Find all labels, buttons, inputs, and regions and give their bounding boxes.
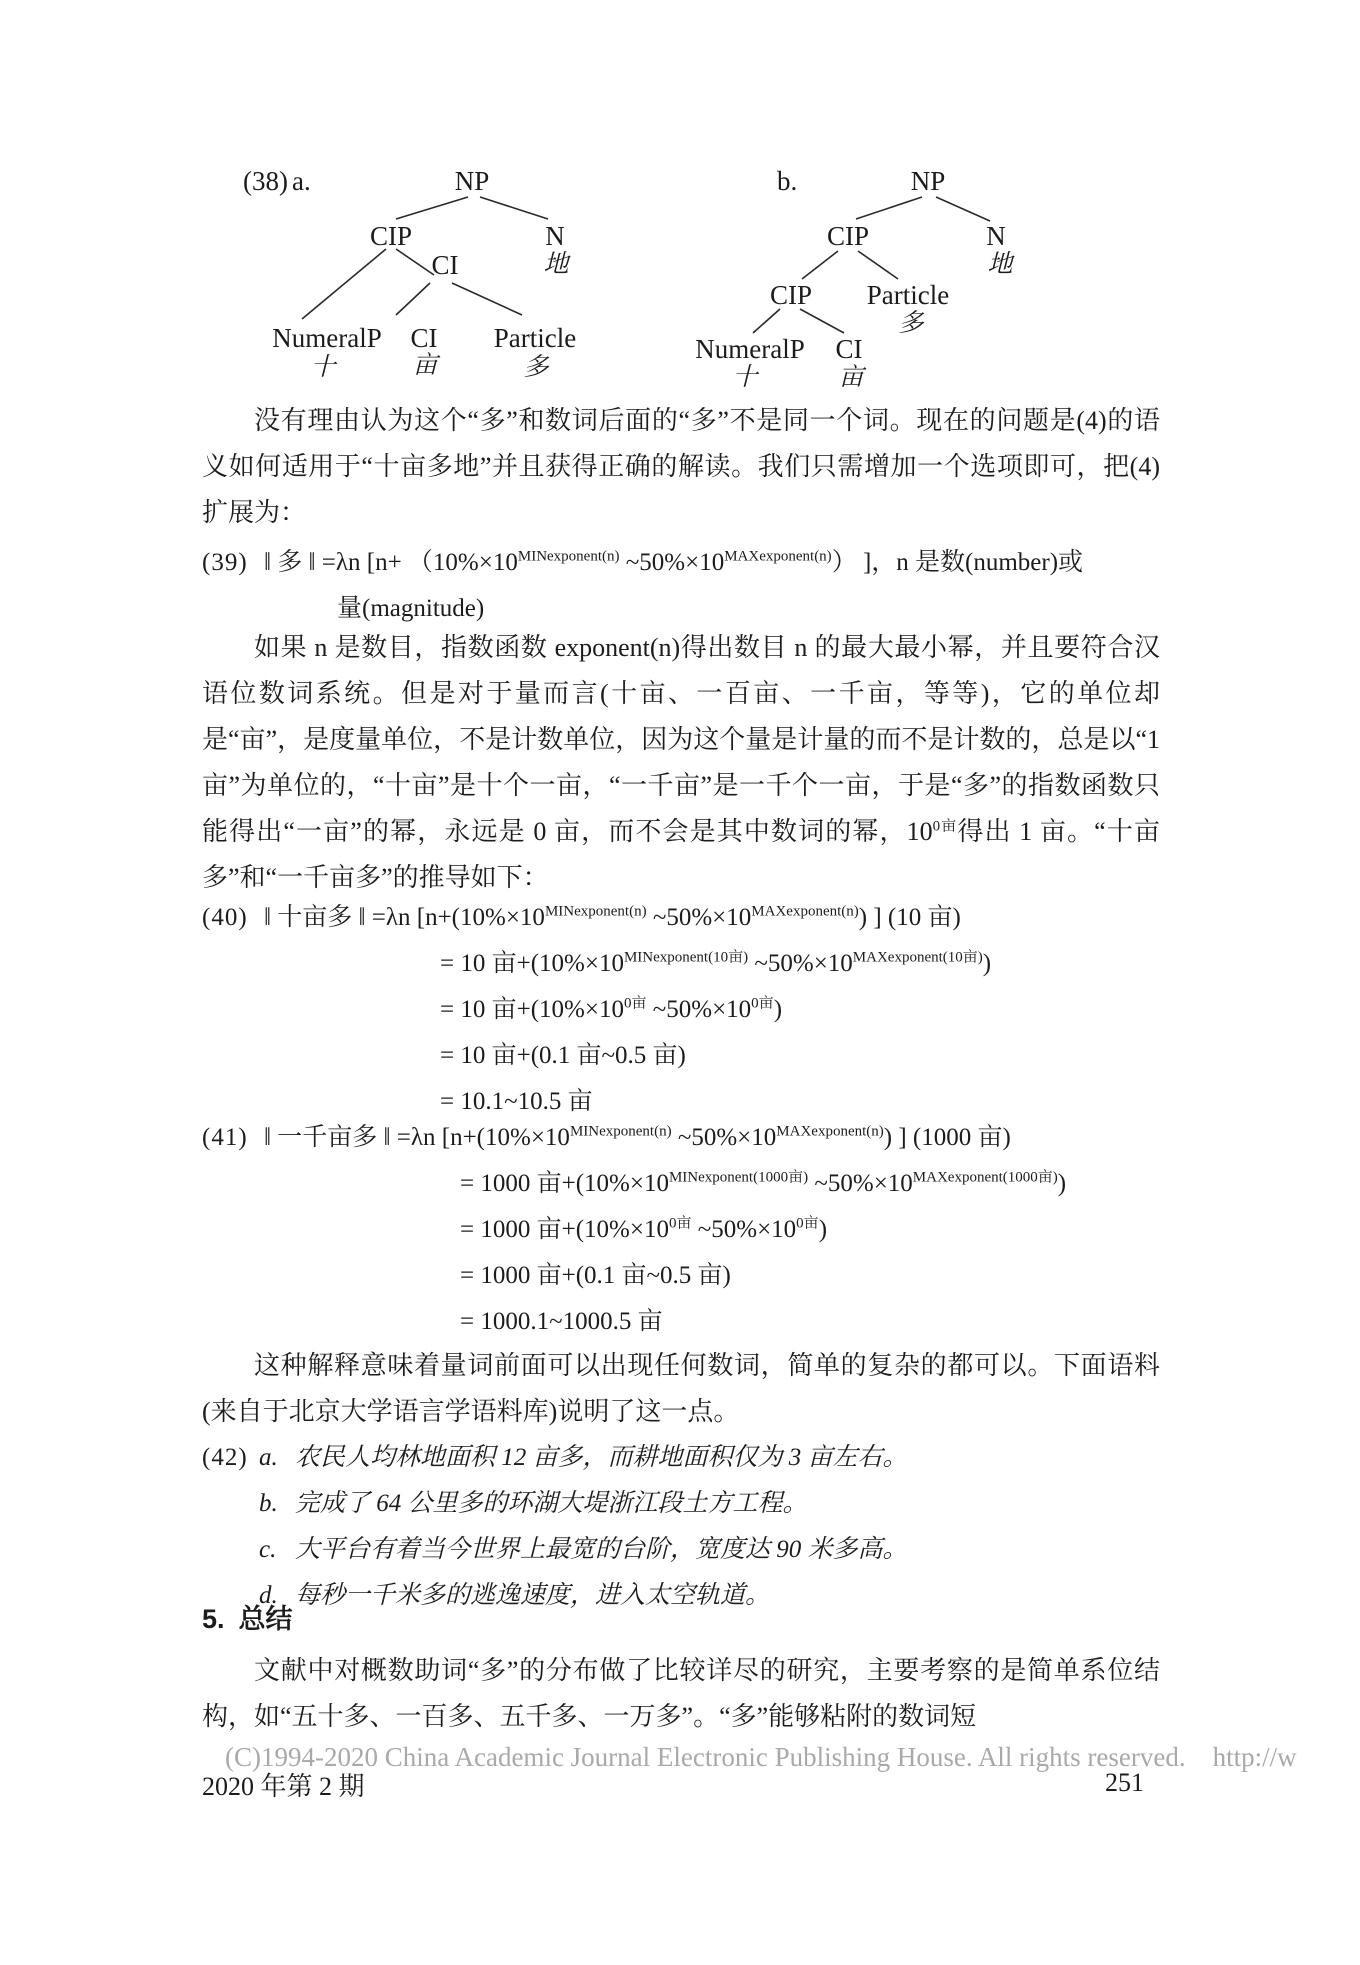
formula-41-step-3: = 1000 亩+(0.1 亩~0.5 亩) bbox=[202, 1253, 1252, 1299]
example-42a: (42)a.农民人均林地面积 12 亩多，而耕地面积仅为 3 亩左右。 bbox=[202, 1435, 1202, 1481]
example-42a-tag: a. bbox=[259, 1435, 295, 1481]
formula-40-step-2: = 10 亩+(10%×100亩 ~50%×100亩) bbox=[202, 987, 1252, 1033]
formula-40-step-3: = 10 亩+(0.1 亩~0.5 亩) bbox=[202, 1033, 1252, 1079]
tree-a-word-di: 地 bbox=[543, 252, 568, 277]
tree-a-branch-cibar-ci bbox=[396, 283, 430, 315]
tree-b-branch-np-n bbox=[936, 197, 990, 221]
paragraph-3: 这种解释意味着量词前面可以出现任何数词，简单的复杂的都可以。下面语料(来自于北京… bbox=[202, 1343, 1160, 1435]
formula-40-label: (40) bbox=[202, 895, 264, 941]
formula-41-head: ‖ 一千亩多 ‖ =λn [n+(10%×10MINexponent(n) ~5… bbox=[264, 1124, 1011, 1151]
tree-b-word-shi: 十 bbox=[732, 365, 757, 390]
example-42b: b.完成了 64 公里多的环湖大堤浙江段土方工程。 bbox=[202, 1481, 1202, 1527]
tree-a-word-duo: 多 bbox=[523, 355, 548, 380]
example-42b-tag: b. bbox=[259, 1481, 295, 1527]
tree-a-branch-cip-cibar bbox=[396, 249, 434, 275]
example-42-label: (42) bbox=[202, 1435, 259, 1481]
tree-b-branch-cip-cipinner bbox=[802, 251, 838, 279]
paragraph-4: 文献中对概数助词“多”的分布做了比较详尽的研究，主要考察的是简单系位结构，如“五… bbox=[202, 1648, 1160, 1740]
examples-42: (42)a.农民人均林地面积 12 亩多，而耕地面积仅为 3 亩左右。 b.完成… bbox=[202, 1435, 1202, 1619]
tree-b-branch-cipinner-numeralp bbox=[753, 309, 780, 333]
tree-a-node-np: NP bbox=[455, 168, 490, 195]
tree-a-node-ci: CI bbox=[411, 325, 438, 352]
section-5-number: 5. bbox=[202, 1604, 225, 1634]
tree-b-branch-cipinner-ci bbox=[800, 309, 844, 333]
tree-a-word-shi: 十 bbox=[310, 355, 335, 380]
tree-b-node-ci: CI bbox=[836, 336, 863, 363]
tree-b-branch-np-cip bbox=[856, 197, 922, 219]
tree-b-node-np: NP bbox=[911, 168, 946, 195]
formula-39: (39)‖ 多 ‖ =λn [n+ （10%×10MINexponent(n) … bbox=[202, 540, 1252, 632]
tree-b-word-duo: 多 bbox=[898, 311, 923, 336]
example-42d-text: 每秒一千米多的逃逸速度，进入太空轨道。 bbox=[295, 1582, 770, 1609]
example-42c-tag: c. bbox=[259, 1527, 295, 1573]
tree-a-node-n: N bbox=[545, 223, 565, 250]
formula-41-step-2: = 1000 亩+(10%×100亩 ~50%×100亩) bbox=[202, 1207, 1252, 1253]
tree-a-node-numeralp: NumeralP bbox=[272, 325, 381, 352]
example-42d: d.每秒一千米多的逃逸速度，进入太空轨道。 bbox=[202, 1573, 1202, 1619]
tree-a-label: a. bbox=[292, 168, 311, 195]
tree-b-branch-cip-particle bbox=[858, 251, 898, 279]
formula-41: (41)‖ 一千亩多 ‖ =λn [n+(10%×10MINexponent(n… bbox=[202, 1115, 1252, 1345]
syntax-tree-figure: (38) a. NP CIP N 地 CI NumeralP CI Partic… bbox=[200, 135, 1200, 397]
formula-41-step-4: = 1000.1~1000.5 亩 bbox=[202, 1299, 1252, 1345]
tree-b-word-mu: 亩 bbox=[838, 365, 863, 390]
tree-a-node-particle: Particle bbox=[494, 325, 576, 352]
page-number: 251 bbox=[1105, 1768, 1144, 1798]
tree-a-branch-cibar-particle bbox=[452, 283, 522, 315]
paragraph-2: 如果 n 是数目，指数函数 exponent(n)得出数目 n 的最大最小幂，并… bbox=[202, 625, 1160, 901]
formula-41-step-1: = 1000 亩+(10%×10MINexponent(1000亩) ~50%×… bbox=[202, 1161, 1252, 1207]
formula-39-label: (39) bbox=[202, 540, 264, 586]
formula-40: (40)‖ 十亩多 ‖ =λn [n+(10%×10MINexponent(n)… bbox=[202, 895, 1252, 1125]
tree-a-node-cibar: CI bbox=[432, 252, 459, 279]
example-42b-text: 完成了 64 公里多的环湖大堤浙江段土方工程。 bbox=[295, 1490, 808, 1517]
tree-b-node-particle: Particle bbox=[867, 282, 949, 309]
section-5-title: 总结 bbox=[239, 1604, 293, 1634]
formula-40-head-line: (40)‖ 十亩多 ‖ =λn [n+(10%×10MINexponent(n)… bbox=[202, 895, 1252, 941]
tree-b-word-di: 地 bbox=[987, 252, 1012, 277]
example-42c: c.大平台有着当今世界上最宽的台阶，宽度达 90 米多高。 bbox=[202, 1527, 1202, 1573]
tree-a-branch-cip-numeralp bbox=[302, 249, 386, 319]
formula-39-body: ‖ 多 ‖ =λn [n+ （10%×10MINexponent(n) ~50%… bbox=[264, 549, 1083, 576]
example-42a-text: 农民人均林地面积 12 亩多，而耕地面积仅为 3 亩左右。 bbox=[295, 1444, 908, 1471]
formula-40-step-1: = 10 亩+(10%×10MINexponent(10亩) ~50%×10MA… bbox=[202, 941, 1252, 987]
tree-b-label: b. bbox=[777, 168, 797, 195]
section-5-heading: 5.总结 bbox=[202, 1603, 293, 1635]
page-footer: 2020 年第 2 期 251 bbox=[202, 1766, 1160, 1803]
paragraph-1: 没有理由认为这个“多”和数词后面的“多”不是同一个词。现在的问题是(4)的语义如… bbox=[202, 398, 1160, 536]
tree-b-node-cip-outer: CIP bbox=[827, 223, 869, 250]
tree-a-branch-np-n bbox=[480, 197, 548, 219]
journal-page: (38) a. NP CIP N 地 CI NumeralP CI Partic… bbox=[0, 0, 1360, 1965]
tree-a-word-mu: 亩 bbox=[412, 353, 437, 378]
tree-b-node-cip-inner: CIP bbox=[770, 282, 812, 309]
formula-41-label: (41) bbox=[202, 1115, 264, 1161]
formula-39-line1: (39)‖ 多 ‖ =λn [n+ （10%×10MINexponent(n) … bbox=[202, 540, 1252, 586]
footer-issue: 2020 年第 2 期 bbox=[202, 1772, 365, 1801]
example-42c-text: 大平台有着当今世界上最宽的台阶，宽度达 90 米多高。 bbox=[295, 1536, 908, 1563]
example-38-number: (38) bbox=[243, 168, 288, 195]
tree-b-node-numeralp: NumeralP bbox=[695, 336, 804, 363]
formula-40-head: ‖ 十亩多 ‖ =λn [n+(10%×10MINexponent(n) ~50… bbox=[264, 904, 961, 931]
formula-41-head-line: (41)‖ 一千亩多 ‖ =λn [n+(10%×10MINexponent(n… bbox=[202, 1115, 1252, 1161]
tree-a-node-cip: CIP bbox=[370, 223, 412, 250]
tree-a-branch-np-cip bbox=[396, 197, 468, 219]
tree-b-node-n: N bbox=[986, 223, 1006, 250]
